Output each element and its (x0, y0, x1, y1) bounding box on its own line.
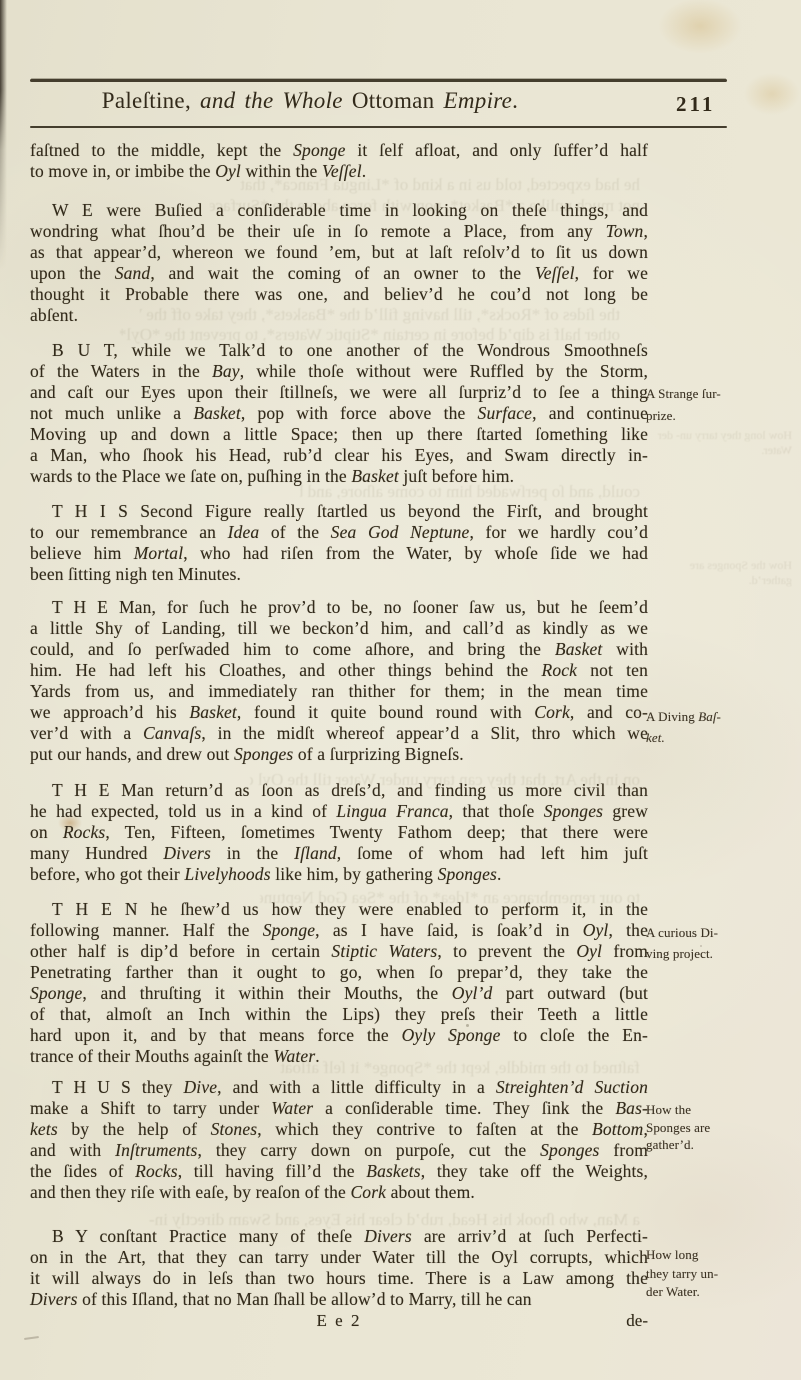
text-line: it will always do in leſs than two hours… (30, 1268, 648, 1289)
paragraph: T H I S Second Figure really ſtartled us… (30, 501, 648, 585)
text-line: Penetrating farther than it ought to go,… (30, 962, 648, 983)
text-line: T H U S they Dive, and with a little dif… (30, 1077, 648, 1098)
paper-stain (24, 1336, 39, 1340)
text-line: kets by the help of Stones, which they c… (30, 1119, 648, 1140)
text-line: Yards from us, and immediately ran thith… (30, 681, 648, 702)
text-line: to move in, or imbibe the Oyl within the… (30, 161, 648, 182)
text-line: a Man, who ſhook his Head, rub’d clear h… (30, 445, 648, 466)
paper-stain (700, 945, 702, 947)
text-line: abſent. (30, 305, 648, 326)
signature-mark: E e 2 (30, 1311, 648, 1331)
text-line: to our remembrance an Idea of the Sea Go… (30, 522, 648, 543)
text-line: B U T, while we Talk’d to one another of… (30, 340, 648, 361)
text-line: hard upon it, and by that means force th… (30, 1025, 648, 1046)
text-line: wondring what ſhou’d be their uſe in ſo … (30, 221, 648, 242)
paper-stain (466, 1024, 469, 1027)
book-page: Paleſtine, and the Whole Ottoman Empire.… (0, 0, 801, 1380)
text-line: faſtned to the middle, kept the Sponge i… (30, 140, 648, 161)
text-line: the ſides of Rocks, till having fill’d t… (30, 1161, 648, 1182)
page-header-title: Paleſtine, and the Whole Ottoman Empire. (30, 88, 590, 114)
text-line: him. He had left his Cloathes, and other… (30, 660, 648, 681)
margin-note-diving-basket: A Diving Baſ-ket. (646, 706, 798, 748)
text-line: following manner. Half the Sponge, as I … (30, 920, 648, 941)
text-line: Divers of this Iſland, that no Man ſhall… (30, 1289, 648, 1310)
text-line: make a Shift to tarry under Water a conſ… (30, 1098, 648, 1119)
margin-note-strange-surprize: A Strange ſur-prize. (646, 383, 798, 427)
text-line: wards to the Place we ſate on, puſhing i… (30, 466, 648, 487)
text-line: not much unlike a Basket, pop with force… (30, 403, 648, 424)
paragraph: T H E Man return’d as ſoon as dreſs’d, a… (30, 780, 648, 885)
text-line: many Hundred Divers in the Iſland, ſome … (30, 843, 648, 864)
text-line: believe him Mortal, who had riſen from t… (30, 543, 648, 564)
text-line: and then they riſe with eaſe, by reaſon … (30, 1182, 648, 1203)
text-line: we approach’d his Basket, found it quite… (30, 702, 648, 723)
margin-note-how-sponges-gathered: How theSponges aregather’d. (646, 1101, 798, 1154)
paragraph: B Y conſtant Practice many of theſe Dive… (30, 1226, 648, 1310)
text-line: thought it Probable there was one, and b… (30, 284, 648, 305)
text-line: before, who got their Livelyhoods like h… (30, 864, 648, 885)
paragraph: T H U S they Dive, and with a little dif… (30, 1077, 648, 1203)
paragraph: W E were Buſied a conſiderable time in l… (30, 200, 648, 326)
text-line: upon the Sand, and wait the coming of an… (30, 263, 648, 284)
text-line: of that, almoſt an Inch within the Lips)… (30, 1004, 648, 1025)
text-line: a little Shy of Landing, till we beckon’… (30, 618, 648, 639)
text-line: been ſitting nigh ten Minutes. (30, 564, 648, 585)
bleed-through-text: How long they tarry un- der Water. (652, 428, 792, 468)
text-line: put our hands, and drew out Sponges of a… (30, 744, 648, 765)
header-rule-bottom (30, 126, 727, 128)
text-line: and with Inſtruments, they carry down on… (30, 1140, 648, 1161)
text-line: as that appear’d, whereon we found ’em, … (30, 242, 648, 263)
text-line: he had expected, told us in a kind of Li… (30, 801, 648, 822)
bleed-through-text: How the Sponges are gather’d. (652, 558, 792, 598)
text-line: on Rocks, Ten, Fifteen, ſometimes Twenty… (30, 822, 648, 843)
text-line: Sponge, and thruſting it within their Mo… (30, 983, 648, 1004)
text-line: T H I S Second Figure really ſtartled us… (30, 501, 648, 522)
paragraph: B U T, while we Talk’d to one another of… (30, 340, 648, 487)
text-line: B Y conſtant Practice many of theſe Dive… (30, 1226, 648, 1247)
text-line: Moving up and down a little Space; then … (30, 424, 648, 445)
paragraph: faſtned to the middle, kept the Sponge i… (30, 140, 648, 182)
text-line: and caſt our Eyes upon their ſtillneſs, … (30, 382, 648, 403)
page-edge-shadow (0, 0, 7, 270)
page-number: 211 (676, 92, 722, 117)
text-line: trance of their Mouths againſt the Water… (30, 1046, 648, 1067)
margin-note-curious-diving-project: A curious Di-ving project. (646, 922, 798, 964)
text-line: other half is dip’d before in certain St… (30, 941, 648, 962)
text-line: W E were Buſied a conſiderable time in l… (30, 200, 648, 221)
paragraph: T H E Man, for ſuch he prov’d to be, no … (30, 597, 648, 765)
header-rule-top (30, 79, 727, 82)
paragraph: T H E N he ſhew’d us how they were enabl… (30, 899, 648, 1067)
text-line: ver’d with a Canvaſs, in the midſt where… (30, 723, 648, 744)
text-line: of the Waters in the Bay, while thoſe wi… (30, 361, 648, 382)
text-line: T H E Man return’d as ſoon as dreſs’d, a… (30, 780, 648, 801)
text-line: on in the Art, that they can tarry under… (30, 1247, 648, 1268)
text-line: T H E N he ſhew’d us how they were enabl… (30, 899, 648, 920)
text-line: could, and ſo perſwaded him to come aſho… (30, 639, 648, 660)
catchword: de- (560, 1311, 648, 1331)
margin-note-how-long-under-water: How longthey tarry un-der Water. (646, 1246, 798, 1302)
text-line: T H E Man, for ſuch he prov’d to be, no … (30, 597, 648, 618)
